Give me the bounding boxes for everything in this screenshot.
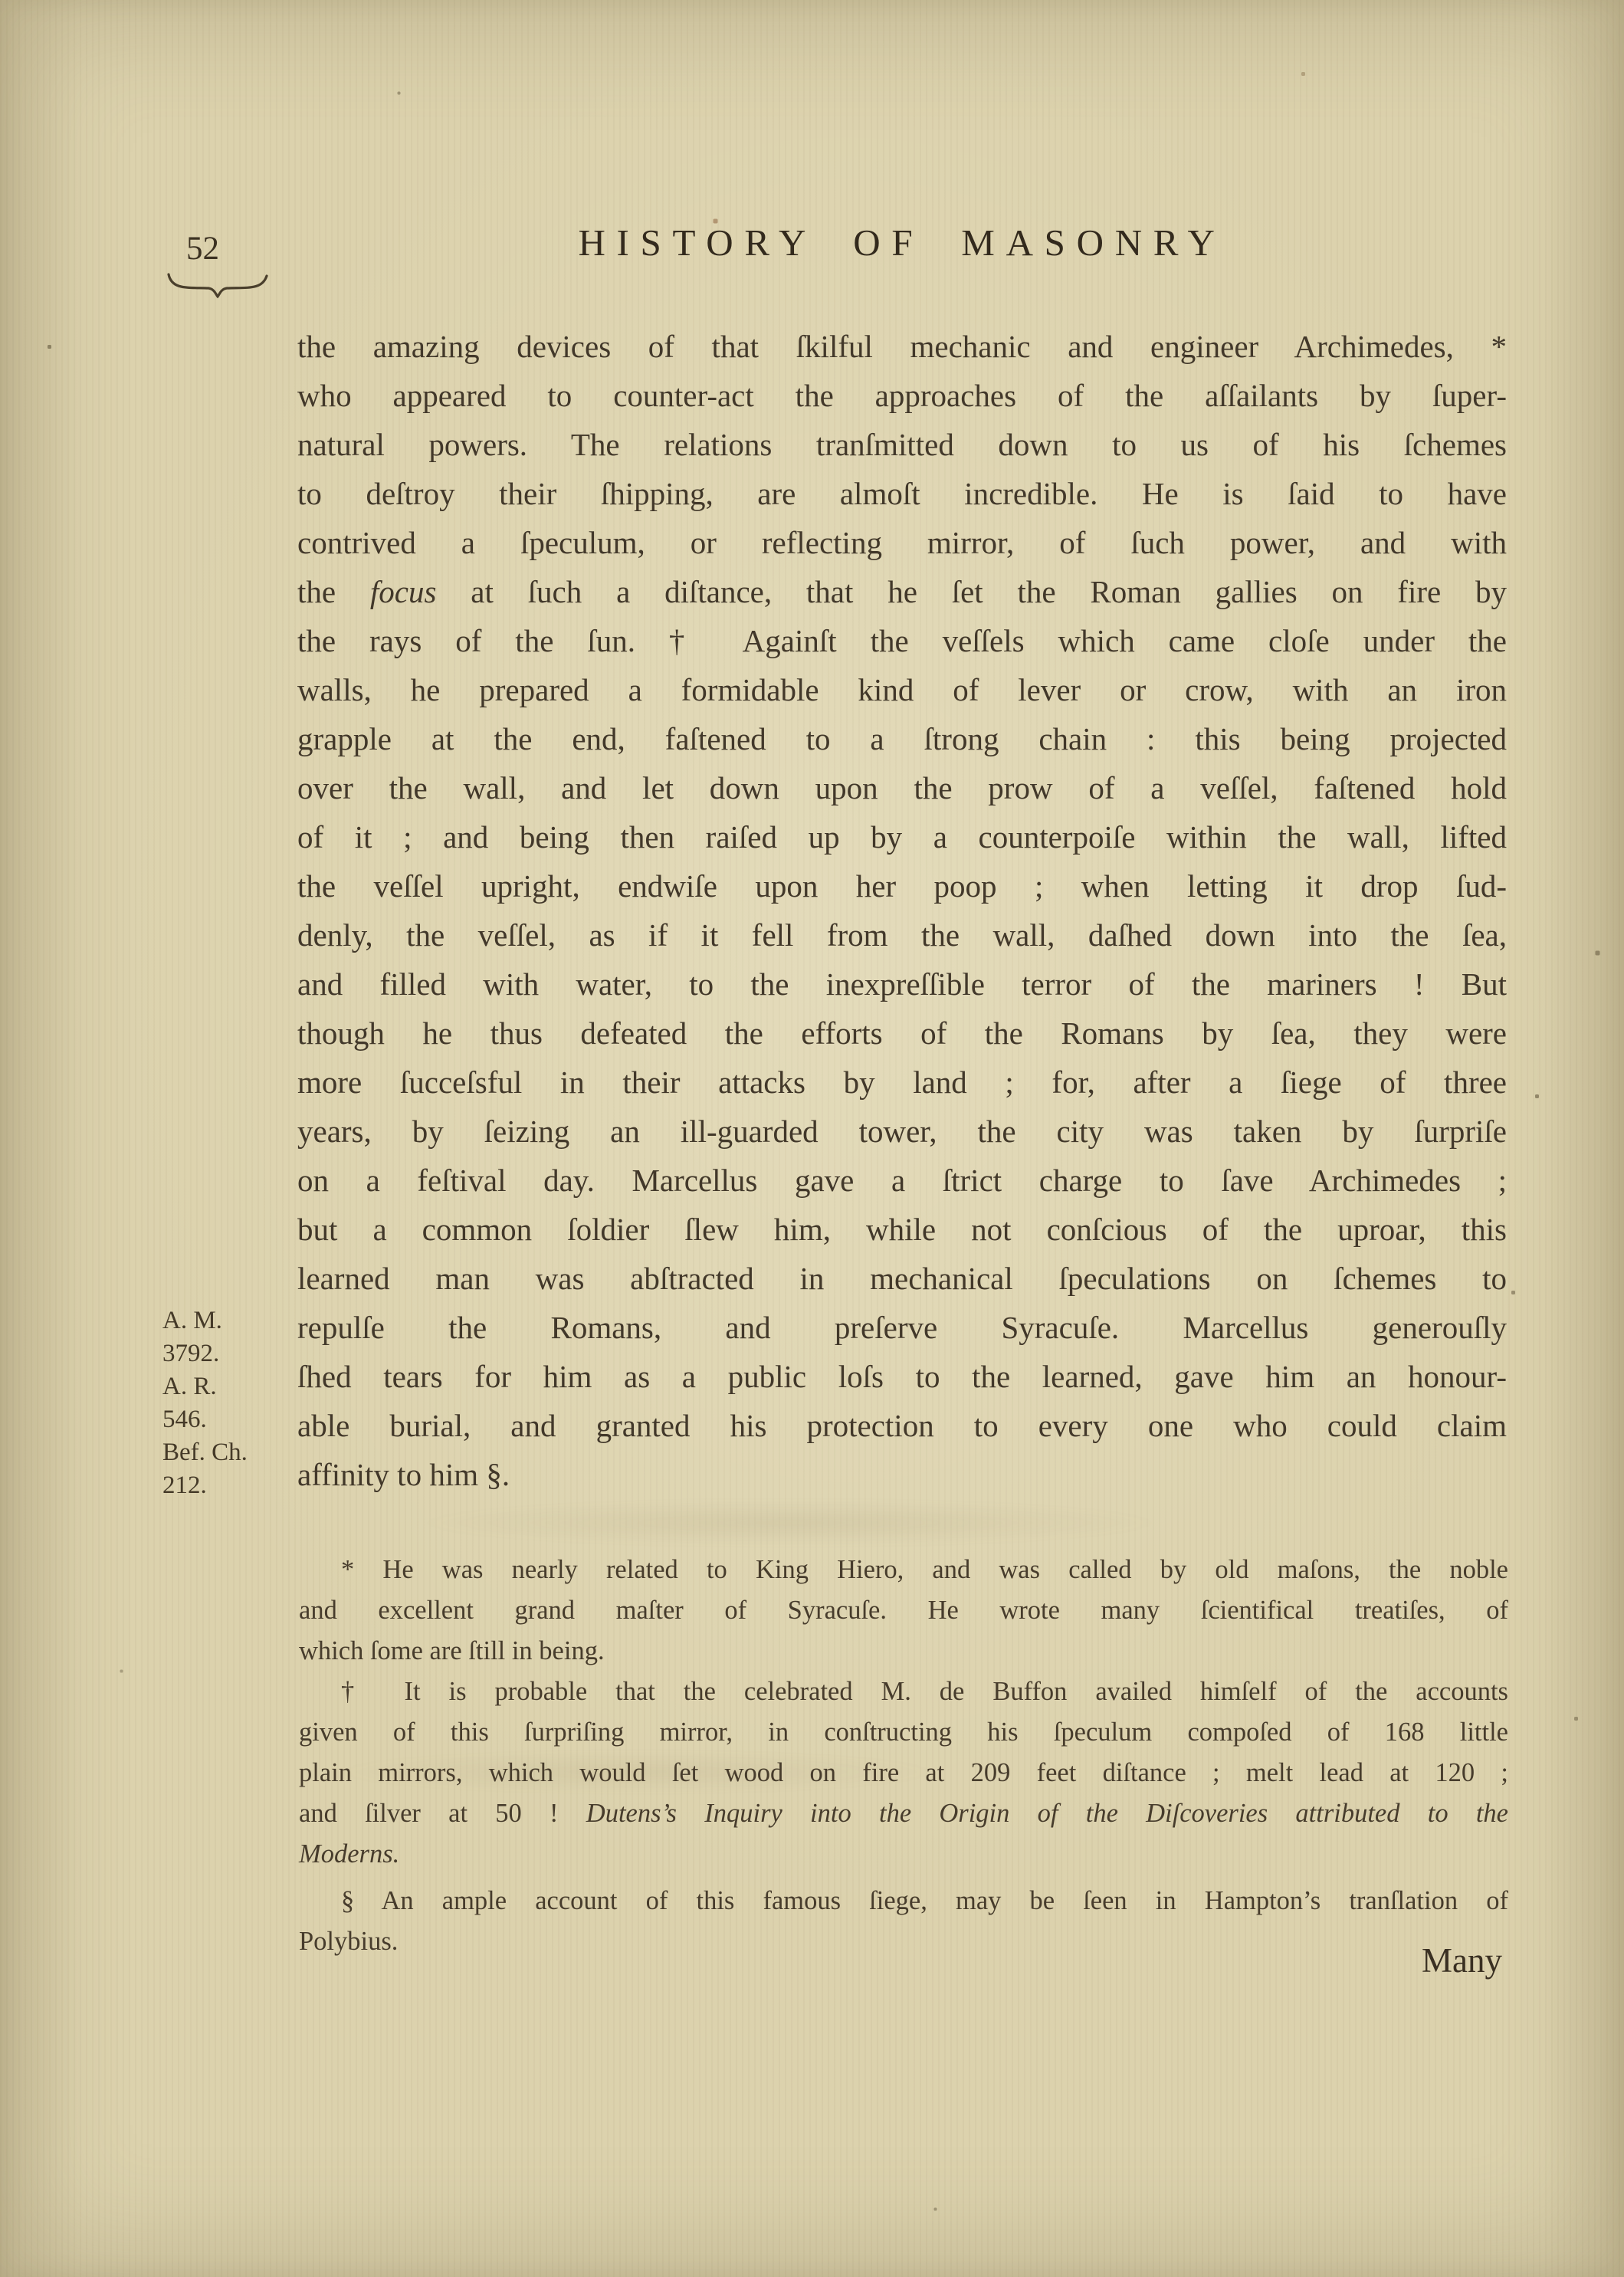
text-run-italic: focus (370, 574, 437, 609)
footnote-section: § An ample account of this famous ſiege,… (299, 1881, 1508, 1962)
text-line: walls, he prepared a formidable kind of … (297, 665, 1507, 714)
text-line: learned man was abſtracted in mechanical… (297, 1254, 1507, 1303)
margin-note-line: 546. (162, 1403, 300, 1436)
footnote-line: given of this ſurpriſing mirror, in conſ… (299, 1712, 1508, 1753)
page-number-flourish (164, 270, 271, 300)
paper-speck (0, 0, 1, 1)
text-line: able burial, and granted his protection … (297, 1401, 1507, 1450)
footnotes: * He was nearly related to King Hiero, a… (299, 1550, 1508, 1962)
text-line: years, by ſeizing an ill-guarded tower, … (297, 1107, 1507, 1156)
running-title: HISTORY OF MASONRY (297, 221, 1507, 264)
text-line: the veſſel upright, endwiſe upon her poo… (297, 861, 1507, 910)
footnote-line: § An ample account of this famous ſiege,… (299, 1881, 1508, 1921)
text-line: more ſucceſsful in their attacks by land… (297, 1058, 1507, 1107)
text-line: the amazing devices of that ſkilful mech… (297, 322, 1507, 371)
text-line: over the wall, and let down upon the pro… (297, 763, 1507, 812)
text-line: the rays of the ſun. † Againſt the veſſe… (297, 616, 1507, 665)
text-run: the (297, 574, 370, 609)
footnote-line: and ſilver at 50 ! Dutens’s Inquiry into… (299, 1793, 1508, 1834)
text-run: at ſuch a diſtance, that he ſet the Roma… (436, 574, 1507, 609)
margin-note: A. M. 3792. A. R. 546. Bef. Ch. 212. (162, 1304, 300, 1502)
text-line: of it ; and being then raiſed up by a co… (297, 812, 1507, 861)
margin-note-line: Bef. Ch. (162, 1436, 300, 1469)
text-line: repulſe the Romans, and preſerve Syracuſ… (297, 1303, 1507, 1352)
text-line: the focus at ſuch a diſtance, that he ſe… (297, 567, 1507, 616)
text-line: on a feſtival day. Marcellus gave a ſtri… (297, 1156, 1507, 1205)
footnote-line: * He was nearly related to King Hiero, a… (299, 1550, 1508, 1590)
catchword: Many (1372, 1941, 1502, 1980)
footnote-line: and excellent grand maſter of Syracuſe. … (299, 1590, 1508, 1631)
footnote-dagger: † It is probable that the celebrated M. … (299, 1672, 1508, 1875)
text-line: but a common ſoldier ſlew him, while not… (297, 1205, 1507, 1254)
text-run: and ſilver at 50 ! (299, 1799, 586, 1828)
footnote-line: Moderns. (299, 1834, 1508, 1875)
footnote-line: Polybius. (299, 1921, 1508, 1962)
margin-note-line: A. R. (162, 1370, 300, 1403)
margin-note-line: 3792. (162, 1337, 300, 1370)
footnote-asterisk: * He was nearly related to King Hiero, a… (299, 1550, 1508, 1672)
text-line: though he thus defeated the efforts of t… (297, 1009, 1507, 1058)
footnote-line: which ſome are ſtill in being. (299, 1631, 1508, 1672)
show-through-smudge (414, 1501, 1165, 1545)
text-line: ſhed tears for him as a public loſs to t… (297, 1352, 1507, 1401)
margin-note-line: A. M. (162, 1304, 300, 1337)
text-line: and filled with water, to the inexpreſſi… (297, 960, 1507, 1009)
text-line: contrived a ſpeculum, or reflecting mirr… (297, 518, 1507, 567)
text-line: natural powers. The relations tranſmitte… (297, 420, 1507, 469)
book-page: 52 HISTORY OF MASONRY the amazing device… (0, 0, 1624, 2277)
text-run-italic: Dutens’s Inquiry into the Origin of the … (586, 1799, 1508, 1828)
margin-note-line: 212. (162, 1469, 300, 1502)
text-line: affinity to him §. (297, 1450, 1507, 1499)
text-line: denly, the veſſel, as if it fell from th… (297, 910, 1507, 960)
page-number: 52 (186, 230, 219, 267)
footnote-line: † It is probable that the celebrated M. … (299, 1672, 1508, 1712)
text-line: to deſtroy their ſhipping, are almoſt in… (297, 469, 1507, 518)
text-line: grapple at the end, faſtened to a ſtrong… (297, 714, 1507, 763)
footnote-line: plain mirrors, which would ſet wood on f… (299, 1753, 1508, 1793)
body-text: the amazing devices of that ſkilful mech… (297, 322, 1507, 1499)
text-line: who appeared to counter-act the approach… (297, 371, 1507, 420)
